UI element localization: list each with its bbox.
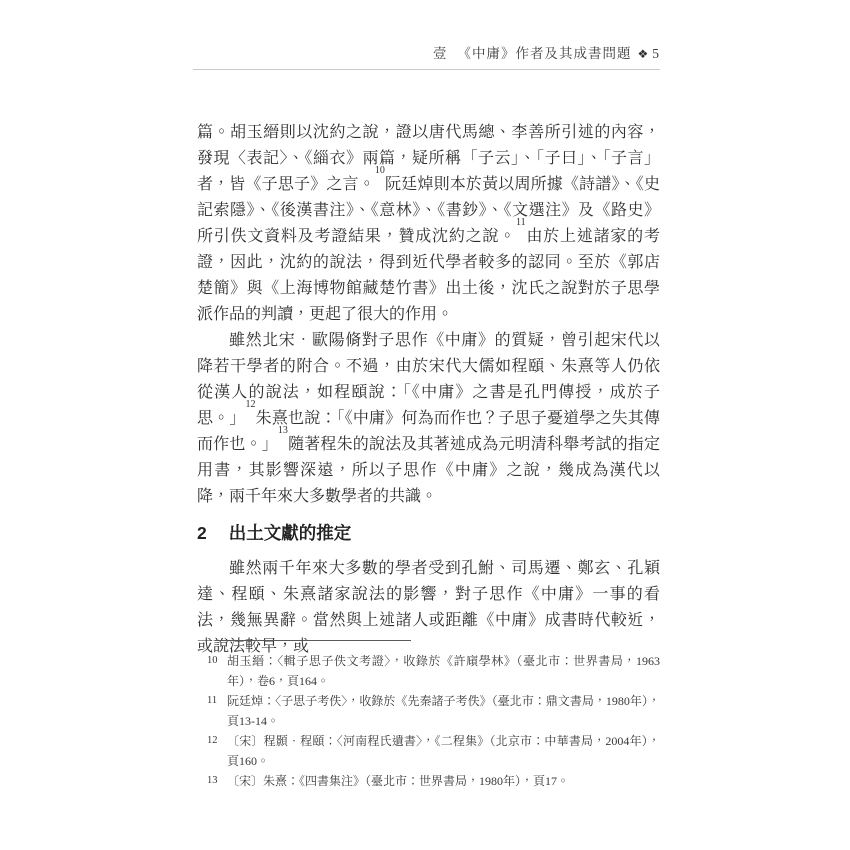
footnote-item: 13〔宋〕朱熹：《四書集注》（臺北市：世界書局，1980年），頁17。 — [207, 771, 660, 791]
footnote-item: 11阮廷焯：〈子思子考佚〉，收錄於《先秦諸子考佚》（臺北市：鼎文書局，1980年… — [207, 691, 660, 731]
footnote-separator-rule — [215, 640, 411, 641]
paragraph-group-1: 篇。胡玉縉則以沈約之說，證以唐代馬總、李善所引述的內容，發現〈表記〉、《緇衣》兩… — [197, 120, 660, 510]
footnote-text: 〔宋〕朱熹：《四書集注》（臺北市：世界書局，1980年），頁17。 — [227, 771, 660, 791]
section-number: 2 — [197, 523, 207, 543]
footnote-item: 10胡玉縉：〈輯子思子佚文考證〉，收錄於《許廎學林》（臺北市：世界書局，1963… — [207, 651, 660, 691]
footnote-reference: 13 — [278, 425, 288, 436]
footnote-number: 10 — [207, 651, 227, 671]
section-heading: 2出土文獻的推定 — [197, 520, 660, 546]
page-number: 5 — [652, 46, 660, 61]
paragraph: 篇。胡玉縉則以沈約之說，證以唐代馬總、李善所引述的內容，發現〈表記〉、《緇衣》兩… — [197, 120, 660, 328]
diamond-ornament-icon: ❖ — [637, 47, 649, 61]
header-rule — [193, 69, 660, 70]
footnote-text: 胡玉縉：〈輯子思子佚文考證〉，收錄於《許廎學林》（臺北市：世界書局，1963年）… — [227, 651, 660, 691]
footnote-number: 12 — [207, 731, 227, 751]
footnote-item: 12〔宋〕程顥‧程頤：〈河南程氏遺書〉，《二程集》（北京市：中華書局，2004年… — [207, 731, 660, 771]
footnote-text: 〔宋〕程顥‧程頤：〈河南程氏遺書〉，《二程集》（北京市：中華書局，2004年），… — [227, 731, 660, 771]
footnote-reference: 10 — [375, 165, 385, 176]
footnote-text: 阮廷焯：〈子思子考佚〉，收錄於《先秦諸子考佚》（臺北市：鼎文書局，1980年），… — [227, 691, 660, 731]
footnote-number: 11 — [207, 691, 227, 711]
footnotes: 10胡玉縉：〈輯子思子佚文考證〉，收錄於《許廎學林》（臺北市：世界書局，1963… — [207, 651, 660, 791]
paragraph: 雖然北宋‧歐陽脩對子思作《中庸》的質疑，曾引起宋代以降若干學者的附合。不過，由於… — [197, 328, 660, 510]
footnote-reference: 12 — [246, 399, 256, 410]
running-head-title: 《中庸》作者及其成書問題 — [457, 46, 631, 61]
paragraph: 雖然兩千年來大多數的學者受到孔鮒、司馬遷、鄭玄、孔穎達、程頤、朱熹諸家說法的影響… — [197, 556, 660, 660]
running-head: 壹《中庸》作者及其成書問題❖5 — [195, 44, 660, 64]
footnote-reference: 11 — [516, 217, 526, 228]
paragraph-group-2: 雖然兩千年來大多數的學者受到孔鮒、司馬遷、鄭玄、孔穎達、程頤、朱熹諸家說法的影響… — [197, 556, 660, 660]
body-text: 篇。胡玉縉則以沈約之說，證以唐代馬總、李善所引述的內容，發現〈表記〉、《緇衣》兩… — [197, 120, 660, 660]
section-title: 出土文獻的推定 — [229, 523, 352, 543]
book-page: 壹《中庸》作者及其成書問題❖5 篇。胡玉縉則以沈約之說，證以唐代馬總、李善所引述… — [0, 0, 850, 850]
footnote-number: 13 — [207, 771, 227, 791]
chapter-number: 壹 — [433, 46, 448, 61]
